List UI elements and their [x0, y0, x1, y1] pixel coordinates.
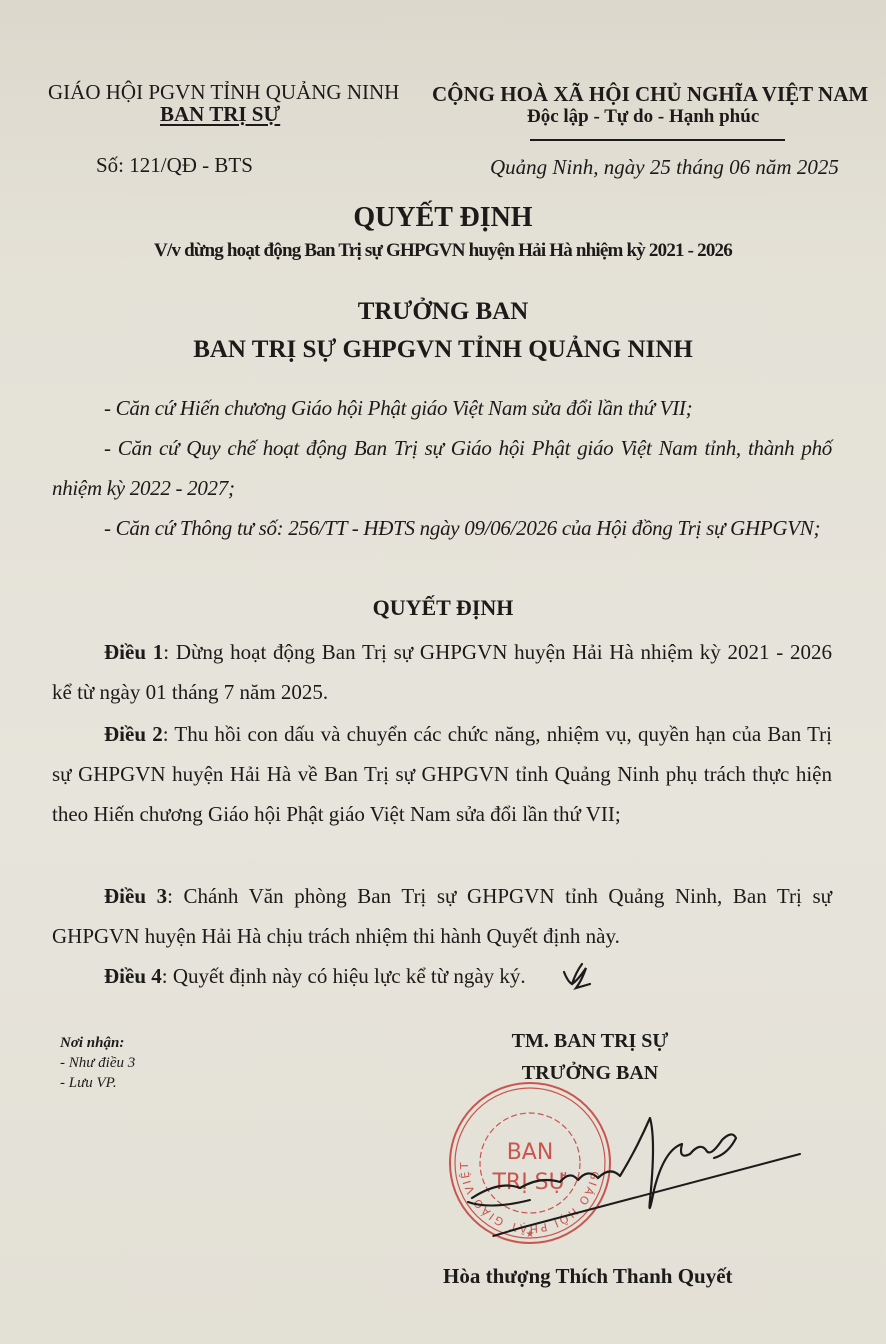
article-text: : Quyết định này có hiệu lực kể từ ngày …	[162, 964, 526, 988]
article-text: : Thu hồi con dấu và chuyển các chức năn…	[52, 722, 832, 826]
legal-basis-3: - Căn cứ Thông tư số: 256/TT - HĐTS ngày…	[52, 508, 832, 548]
place-date: Quảng Ninh, ngày 25 tháng 06 năm 2025	[490, 155, 839, 180]
article-1: Điều 1: Dừng hoạt động Ban Trị sự GHPGVN…	[52, 632, 832, 712]
legal-basis-2: - Căn cứ Quy chế hoạt động Ban Trị sự Gi…	[52, 428, 832, 508]
article-2: Điều 2: Thu hồi con dấu và chuyển các ch…	[52, 714, 832, 834]
national-title: CỘNG HOÀ XÃ HỘI CHỦ NGHĨA VIỆT NAM	[432, 82, 868, 107]
motto-underline	[530, 139, 785, 141]
article-label: Điều 4	[104, 964, 162, 988]
decision-heading: QUYẾT ĐỊNH	[0, 595, 886, 621]
article-3: Điều 3: Chánh Văn phòng Ban Trị sự GHPGV…	[52, 876, 832, 956]
document-subject: V/v dừng hoạt động Ban Trị sự GHPGVN huy…	[0, 240, 886, 262]
initial-mark-icon	[560, 958, 596, 990]
document-number: Số: 121/QĐ - BTS	[96, 153, 253, 178]
recipient-item: - Như điều 3	[60, 1053, 135, 1073]
article-text: : Dừng hoạt động Ban Trị sự GHPGVN huyện…	[52, 640, 832, 704]
national-motto: Độc lập - Tự do - Hạnh phúc	[527, 106, 759, 128]
handwritten-signature-icon	[460, 1110, 820, 1250]
article-label: Điều 3	[104, 884, 167, 908]
article-4: Điều 4: Quyết định này có hiệu lực kể từ…	[52, 956, 832, 996]
recipients-heading: Nơi nhận:	[60, 1033, 135, 1053]
article-label: Điều 2	[104, 722, 163, 746]
issuing-body: BAN TRỊ SỰ	[160, 102, 280, 127]
article-text: : Chánh Văn phòng Ban Trị sự GHPGVN tỉnh…	[52, 884, 832, 948]
signer-name: Hòa thượng Thích Thanh Quyết	[443, 1264, 733, 1289]
authority-body: BAN TRỊ SỰ GHPGVN TỈNH QUẢNG NINH	[0, 336, 886, 364]
legal-basis-1: - Căn cứ Hiến chương Giáo hội Phật giáo …	[52, 388, 832, 428]
signature-on-behalf: TM. BAN TRỊ SỰ	[440, 1030, 740, 1053]
recipients-block: Nơi nhận: - Như điều 3 - Lưu VP.	[60, 1033, 135, 1093]
recipient-item: - Lưu VP.	[60, 1073, 135, 1093]
authority-title: TRƯỞNG BAN	[0, 298, 886, 326]
article-label: Điều 1	[104, 640, 163, 664]
document-title: QUYẾT ĐỊNH	[0, 202, 886, 234]
